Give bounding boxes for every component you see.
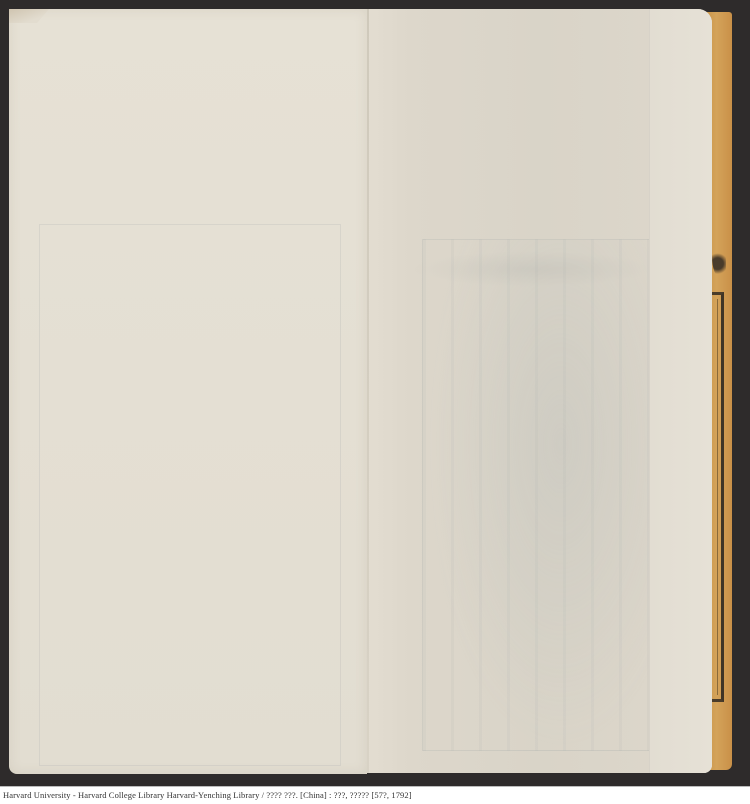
scanned-page-image <box>0 0 750 786</box>
board-border-frame <box>710 292 724 702</box>
worn-corner <box>9 9 49 23</box>
citation-footer: Harvard University - Harvard College Lib… <box>0 786 750 804</box>
page-viewer: Harvard University - Harvard College Lib… <box>0 0 750 804</box>
leaf-edge <box>649 9 712 773</box>
left-leaf <box>9 9 367 774</box>
citation-text: Harvard University - Harvard College Lib… <box>3 790 412 800</box>
center-fold <box>367 9 369 773</box>
right-leaf <box>367 9 712 773</box>
bleed-through-text-block <box>422 239 654 751</box>
faint-frame-outline <box>39 224 341 766</box>
board-stain <box>712 242 726 278</box>
